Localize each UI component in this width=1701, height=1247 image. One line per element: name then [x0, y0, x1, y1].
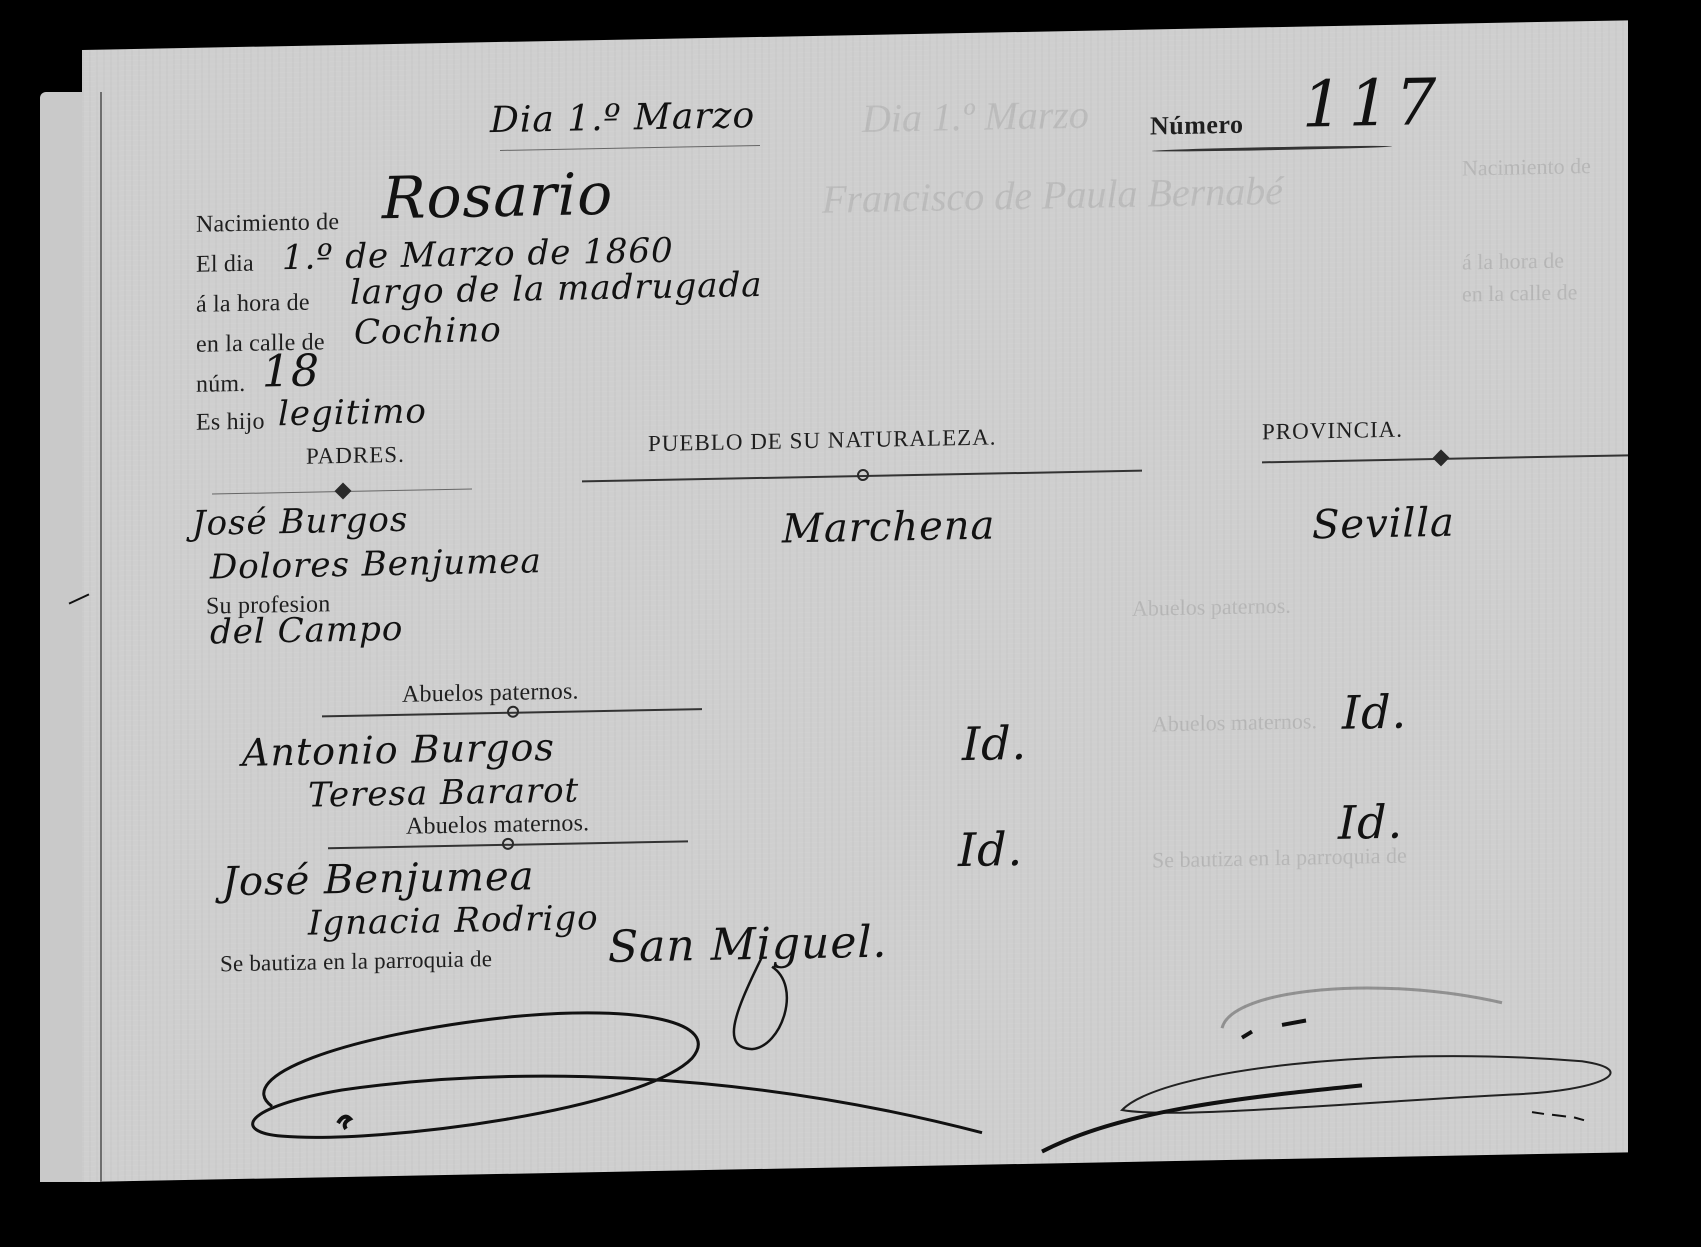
page-binding-line	[100, 92, 102, 1182]
register-page: Dia 1.º Marzo Francisco de Paula Bernabé…	[82, 20, 1628, 1182]
signature-flourish-icon	[82, 20, 1628, 1182]
